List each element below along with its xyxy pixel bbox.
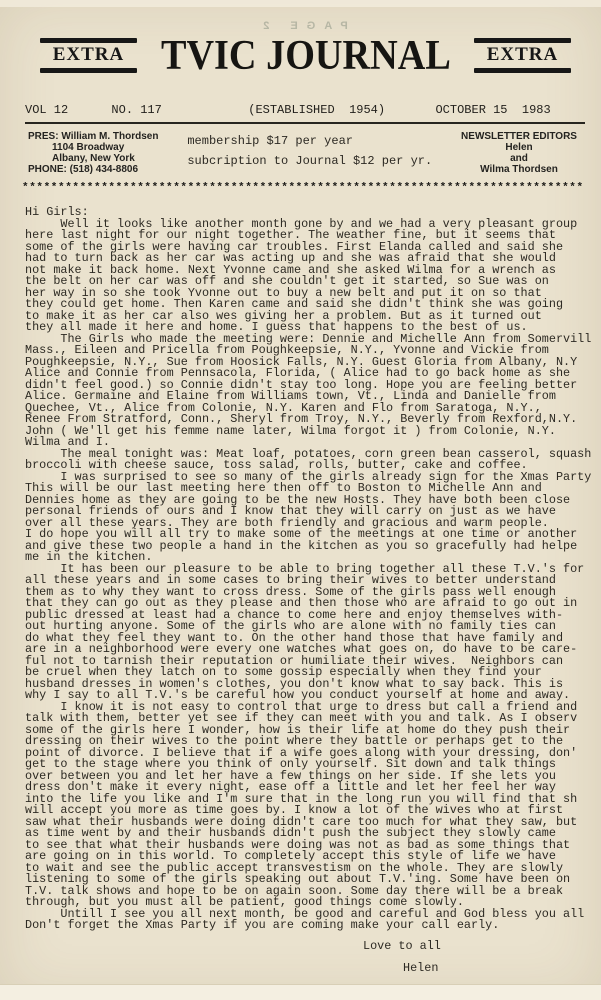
editors-block: NEWSLETTER EDITORS Helen and Wilma Thord… <box>461 131 577 175</box>
letterhead-info: PRES: William M. Thordsen 1104 Broadway … <box>0 124 601 175</box>
bleed-through-text: PAGE 2 <box>254 20 348 32</box>
president-phone: PHONE: (518) 434-8806 <box>28 164 158 175</box>
president-name: PRES: William M. Thordsen <box>28 131 158 142</box>
scanned-newsletter-page: PAGE 2 EXTRA TVIC JOURNAL EXTRA VOL 12 N… <box>0 0 601 1000</box>
established-label: (ESTABLISHED 1954) <box>248 103 385 117</box>
editor-name-1: Helen <box>461 142 577 153</box>
closing-line: Love to all <box>363 939 601 953</box>
signature-name: Helen <box>403 961 601 975</box>
extra-badge-right: EXTRA <box>474 38 571 73</box>
rates-block: membership $17 per year subcription to J… <box>187 134 432 175</box>
letter-body: Hi Girls: Well it looks like another mon… <box>25 207 597 932</box>
editor-name-2: Wilma Thordsen <box>461 164 577 175</box>
president-block: PRES: William M. Thordsen 1104 Broadway … <box>28 131 158 175</box>
president-address-city: Albany, New York <box>52 153 158 164</box>
volume-label: VOL 12 <box>25 103 68 117</box>
extra-badge-left: EXTRA <box>40 38 137 73</box>
issue-info-row: VOL 12 NO. 117 (ESTABLISHED 1954) OCTOBE… <box>25 103 585 124</box>
subscription-rate: subcription to Journal $12 per yr. <box>187 154 432 168</box>
journal-title: TVIC JOURNAL <box>161 31 451 80</box>
editors-conjunction: and <box>461 153 577 164</box>
president-address-street: 1104 Broadway <box>52 142 158 153</box>
membership-rate: membership $17 per year <box>187 134 432 148</box>
extra-bottom-bar-right <box>474 68 571 73</box>
issue-number: NO. 117 <box>111 103 161 117</box>
masthead: EXTRA TVIC JOURNAL EXTRA <box>0 0 601 78</box>
extra-label-left: EXTRA <box>40 43 137 68</box>
editors-heading: NEWSLETTER EDITORS <box>461 131 577 142</box>
issue-date: OCTOBER 15 1983 <box>435 103 550 117</box>
star-divider: ****************************************… <box>22 182 583 194</box>
extra-label-right: EXTRA <box>474 43 571 68</box>
extra-bottom-bar-left <box>40 68 137 73</box>
